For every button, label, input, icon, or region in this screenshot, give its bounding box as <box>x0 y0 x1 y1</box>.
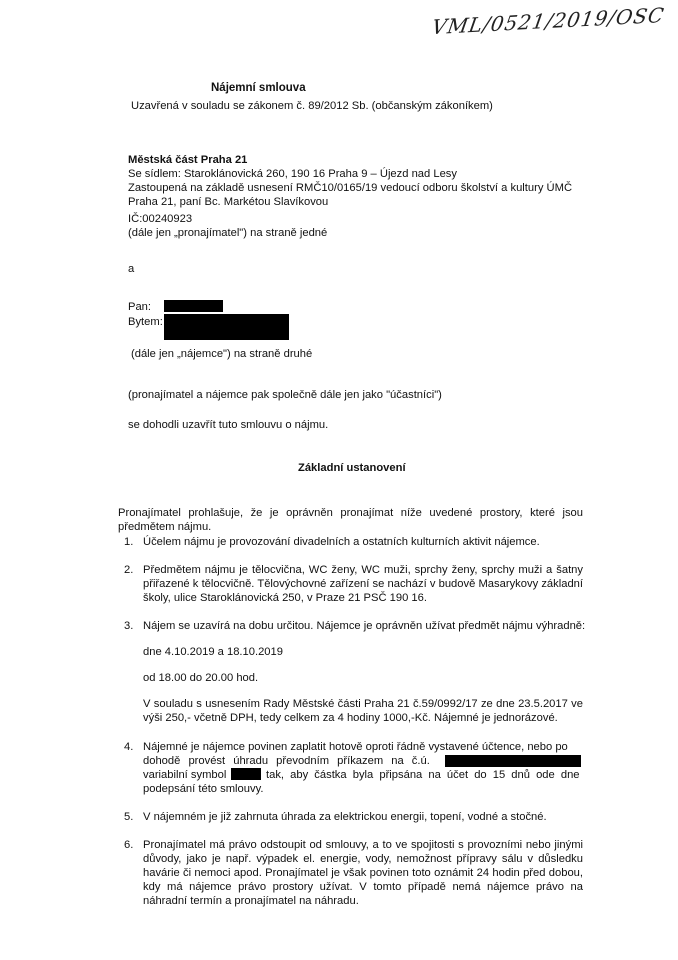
item-2-text: Předmětem nájmu je tělocvična, WC ženy, … <box>143 563 583 605</box>
redacted-tenant-name <box>164 300 223 312</box>
landlord-represented-line1: Zastoupená na základě usnesení RMČ10/016… <box>128 181 572 195</box>
tenant-bytem-label: Bytem: <box>128 315 163 329</box>
item-2-number: 2. <box>124 563 133 577</box>
tenant-role: (dále jen „nájemce") na straně druhé <box>131 347 312 361</box>
handwritten-reference: VML/0521/2019/OSC <box>431 8 666 34</box>
and-word: a <box>128 262 134 276</box>
landlord-role: (dále jen „pronajímatel") na straně jedn… <box>128 226 327 240</box>
item-1-text: Účelem nájmu je provozování divadelních … <box>143 535 583 549</box>
item-1-number: 1. <box>124 535 133 549</box>
landlord-represented-line2: Praha 21, paní Bc. Markétou Slavíkovou <box>128 195 328 209</box>
item-4-line1: Nájemné je nájemce povinen zaplatit hoto… <box>143 740 568 754</box>
section-intro: Pronajímatel prohlašuje, že je oprávněn … <box>118 506 583 534</box>
item-5-number: 5. <box>124 810 133 824</box>
agreement-text: se dohodli uzavřít tuto smlouvu o nájmu. <box>128 418 328 432</box>
redacted-variable-symbol <box>231 768 261 780</box>
item-3-hours: od 18.00 do 20.00 hod. <box>143 671 258 685</box>
redacted-tenant-address <box>164 314 289 340</box>
section-heading: Základní ustanovení <box>298 461 406 475</box>
item-4-line2: dohodě provést úhradu převodním příkazem… <box>143 754 430 768</box>
item-3-dates: dne 4.10.2019 a 18.10.2019 <box>143 645 283 659</box>
landlord-seat: Se sídlem: Staroklánovická 260, 190 16 P… <box>128 167 457 181</box>
item-6-number: 6. <box>124 838 133 852</box>
item-4-line4: podepsání této smlouvy. <box>143 782 263 796</box>
item-4-number: 4. <box>124 740 133 754</box>
document-title: Nájemní smlouva <box>211 81 306 95</box>
redacted-account-number <box>445 755 581 767</box>
item-5-text: V nájemném je již zahrnuta úhrada za ele… <box>143 810 547 824</box>
item-3-number: 3. <box>124 619 133 633</box>
item-4-line3b: tak, aby částka byla připsána na účet do… <box>266 768 580 782</box>
landlord-ic: IČ:00240923 <box>128 212 192 226</box>
item-6-text: Pronajímatel má právo odstoupit od smlou… <box>143 838 583 908</box>
tenant-pan-label: Pan: <box>128 300 151 314</box>
item-3-text: Nájem se uzavírá na dobu určitou. Nájemc… <box>143 619 585 633</box>
item-4-line3a: variabilní symbol <box>143 768 226 782</box>
item-3-price: V souladu s usnesením Rady Městské části… <box>143 697 583 725</box>
parties-note: (pronajímatel a nájemce pak společně dál… <box>128 388 442 402</box>
landlord-name: Městská část Praha 21 <box>128 153 247 167</box>
document-subtitle: Uzavřená v souladu se zákonem č. 89/2012… <box>131 99 493 113</box>
